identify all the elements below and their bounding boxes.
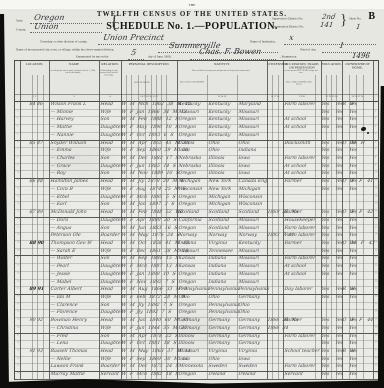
cell-pm: Germany — [238, 294, 260, 299]
cell-pm: Pennsylvania — [238, 286, 269, 291]
grid-line-minor — [356, 75, 357, 379]
cell-pf: Kentucky — [208, 101, 231, 106]
cell-pob: Nebraska — [178, 163, 201, 168]
cell-pm: Wisconsin — [238, 201, 262, 206]
cell-pm: Missouri — [238, 225, 259, 230]
cell-name: — Mabel — [50, 279, 72, 284]
grid-line-minor — [326, 75, 327, 379]
grid-line-minor — [32, 75, 33, 379]
cell-pob: Oregon — [178, 201, 196, 206]
cell-name: — Jessie — [50, 271, 70, 276]
column-group: RELATION.Relationship of each person to … — [99, 61, 121, 101]
cell-occ: At school — [284, 170, 306, 175]
grid-line-major — [20, 61, 21, 379]
cell-desc: W F Nov 1892 7 S — [121, 279, 175, 284]
cell-pob: Ohio — [178, 294, 190, 299]
cell-name: — Charles — [50, 155, 75, 160]
cell-pob: Oregon — [178, 170, 196, 175]
cell-pob: Illinois — [178, 140, 195, 145]
cell-rel: Wife — [100, 356, 111, 361]
row-number-right: 4 — [375, 125, 376, 127]
county-value: Union — [33, 22, 59, 31]
row-number-right: 6 — [375, 141, 376, 143]
row-number-left: 25 — [17, 287, 19, 289]
cell-pob: Michigan — [178, 178, 201, 183]
cell-occ: Farm laborer — [284, 225, 316, 230]
row-number-left: 18 — [17, 233, 19, 235]
cell-occ: At school — [284, 271, 306, 276]
left-brace: { — [110, 12, 119, 33]
cell-pm: Missouri — [238, 116, 259, 121]
cell-name: Hamilton James — [50, 178, 88, 183]
row-number-left: 12 — [17, 187, 19, 189]
cell-pob: Pennsylvania — [178, 286, 209, 291]
cell-occ: Farmer — [284, 240, 302, 245]
row-number-left: 2 — [17, 110, 18, 112]
row-number-left: 6 — [17, 141, 18, 143]
cell-pm: Ohio — [238, 140, 250, 145]
column-group-note: Relationship of each person to the head … — [99, 69, 121, 93]
cell-pm: Missouri — [238, 132, 259, 137]
cell-pf: Virginia — [208, 240, 227, 245]
cell-desc: W F Mch 1895 5 S — [121, 194, 176, 199]
cell-desc: W F Jun 1885 14 S — [121, 163, 176, 168]
cell-desc: W F Jly 1892 7 S — [121, 309, 171, 314]
cell-pm: Scotland — [238, 209, 259, 214]
row-number-left: 23 — [17, 272, 19, 274]
cell-name: McDonald John — [50, 209, 87, 214]
cell-pm: Virginia — [238, 348, 257, 353]
cell-rel: Daughter — [100, 124, 123, 129]
cell-pm: Missouri — [238, 124, 259, 129]
row-number-right: 7 — [375, 148, 376, 150]
row-number-right: 31 — [375, 334, 377, 336]
cell-pf: Illinois — [208, 155, 225, 160]
cell-name: Carter Albert — [50, 286, 82, 291]
cell-pm: Ireland — [238, 371, 256, 376]
cell-pob: Germany — [178, 325, 200, 330]
cell-pob: Oregon — [178, 271, 196, 276]
grid-line-minor — [126, 75, 127, 379]
cell-pm: Sweden — [238, 363, 257, 368]
cell-desc: W F Oct 1881 18 S — [121, 340, 177, 345]
grid-line-minor — [331, 75, 332, 379]
column-group: CITIZENSHIP.16 17 18 — [267, 61, 283, 101]
state-value: Oregon — [33, 13, 65, 22]
enumerated-label-2: day of June, 1900, — [148, 55, 171, 59]
cell-occ: At school — [284, 124, 306, 129]
row-number-right: 11 — [375, 179, 377, 181]
cell-rel: Boarder — [100, 363, 120, 368]
cell-rel: Wife — [100, 248, 111, 253]
cell-pf: Illinois — [208, 163, 225, 168]
row-number-left: 3 — [17, 117, 18, 119]
grid-line-major — [373, 61, 374, 379]
cell-name: — Christina — [50, 325, 78, 330]
row-number-right: 16 — [375, 218, 377, 220]
right-brace: } — [340, 12, 347, 29]
row-number-left: 7 — [17, 148, 18, 150]
column-group-label: CITIZENSHIP. — [267, 62, 283, 71]
cell-name: — Earl — [50, 201, 67, 206]
cell-desc: W F Jan 1890 10 S — [121, 271, 176, 276]
grid-line-minor — [138, 75, 139, 379]
nativity-sub-headers: Place of birth of this PERSON.Place of b… — [177, 81, 267, 94]
column-group: PERSONAL DESCRIPTION.DATE OF BIRTH.5 6 7… — [121, 61, 177, 101]
township-label: Township or other division of county, — [40, 40, 87, 44]
cell-pm: Maryland — [238, 101, 261, 106]
row-number-right: 10 — [375, 171, 377, 173]
cell-rel: Head — [100, 317, 113, 322]
cell-pm: Norway — [238, 232, 257, 237]
cell-rel: Head — [100, 178, 113, 183]
cell-pob: Illinois — [178, 333, 195, 338]
row-number-left: 17 — [17, 226, 19, 228]
cell-occ: Blacksmith — [284, 140, 311, 145]
table-row: 3636Murray MattieServantW F Mch 1882 18 … — [15, 371, 378, 380]
cell-name: — Minnie — [50, 109, 73, 114]
supervisor-value: 2nd — [321, 13, 336, 21]
row-number-right: 20 — [375, 249, 377, 251]
row-number-right: 25 — [375, 287, 377, 289]
cell-rel: Daughter — [100, 194, 123, 199]
cell-pob: Oregon — [178, 124, 196, 129]
cell-pm: Wisconsin — [238, 194, 262, 199]
table-header: LOCATION.1 2NAMEof each person whose pla… — [15, 61, 378, 102]
county-label: County, — [16, 28, 26, 32]
cell-rel: Son — [100, 302, 110, 307]
cell-name: — Fred — [50, 333, 68, 338]
cell-pob: Oregon — [178, 116, 196, 121]
column-group-label: LOCATION. — [20, 62, 49, 71]
cell-pf: Germany — [208, 325, 230, 330]
row-number-right: 33 — [375, 349, 377, 351]
cell-occ: At school — [284, 116, 306, 121]
row-number-left: 33 — [17, 349, 19, 351]
grid-line-minor — [145, 75, 146, 379]
row-number-right: 30 — [375, 326, 377, 328]
census-table: LOCATION.1 2NAMEof each person whose pla… — [14, 60, 379, 380]
ink-blot-small — [367, 132, 369, 134]
cell-pf: Indiana — [208, 263, 226, 268]
grid-line-minor — [237, 75, 238, 379]
cell-pm: Missouri — [238, 271, 259, 276]
cell-pf: Kentucky — [208, 109, 231, 114]
row-number-right: 36 — [375, 372, 377, 374]
cell-desc: W F May 1890 10 S — [121, 124, 178, 129]
cell-name: Murray Mattie — [50, 371, 85, 376]
scan-edge-bottom — [0, 379, 384, 388]
cell-pm: Indiana — [238, 147, 256, 152]
grid-line-major — [177, 61, 178, 379]
cell-pob: Indiana — [178, 240, 196, 245]
row-number-right: 9 — [375, 164, 376, 166]
city-label: Name of incorporated city, town, or vill… — [16, 48, 114, 52]
cell-pm: Missouri — [238, 217, 259, 222]
cell-pob: Germany — [178, 317, 200, 322]
cell-name: — Pearl — [50, 263, 69, 268]
row-number-left: 8 — [17, 156, 18, 158]
cell-rel: Daughter — [100, 340, 123, 345]
cell-rel: Daughter — [100, 271, 123, 276]
cell-pob: Iowa — [178, 356, 190, 361]
row-number-right: 26 — [375, 295, 377, 297]
cell-desc: W M Jun 1883 16 S — [121, 225, 178, 230]
row-number-right: 3 — [375, 117, 376, 119]
row-number-right: 35 — [375, 364, 377, 366]
cell-pm: Germany — [238, 340, 260, 345]
cell-pf: Ireland — [208, 371, 226, 376]
cell-rel: Son — [100, 225, 110, 230]
cell-pf: Germany — [208, 333, 230, 338]
cell-pf: Scotland — [208, 209, 229, 214]
cell-name: — Mattie — [50, 124, 72, 129]
row-number-left: 36 — [17, 372, 19, 374]
cell-name: — Ethel — [50, 194, 69, 199]
cell-pf: Pennsylvania — [208, 286, 239, 291]
cell-rel: Daughter — [100, 217, 123, 222]
cell-pf: Germany — [208, 317, 230, 322]
cell-rel: Head — [100, 209, 113, 214]
cell-rel: Wife — [100, 147, 111, 152]
cell-rel: Wife — [100, 186, 111, 191]
cell-pf: Sweden — [208, 363, 227, 368]
row-number-right: 21 — [375, 256, 377, 258]
table-body: 1184 86Wilson Frank LHeadW M Mch 1862 38… — [15, 101, 378, 379]
cell-pm: Iowa — [238, 356, 250, 361]
cell-name: Snyder William — [50, 140, 87, 145]
row-number-left: 26 — [17, 295, 19, 297]
cell-name: — Grace — [50, 163, 71, 168]
column-group-label: PERSONAL DESCRIPTION. — [121, 62, 177, 71]
cell-pf: Indiana — [208, 271, 226, 276]
cell-pm: Ohio — [238, 302, 250, 307]
cell-pf: Indiana — [208, 255, 226, 260]
institution-line — [284, 38, 376, 45]
enumerated-label-1: Enumerated by me on the — [76, 55, 108, 59]
row-number-left: 14 — [17, 202, 19, 204]
row-number-left: 29 — [17, 318, 19, 320]
cell-rel: Wife — [100, 325, 111, 330]
institution-value: x — [288, 33, 294, 42]
cell-rel: Head — [100, 286, 113, 291]
grid-line-major — [49, 61, 50, 379]
cell-rel: Head — [100, 101, 113, 106]
cell-pob: Oregon — [178, 309, 196, 314]
cell-name: — Ida M — [50, 294, 71, 299]
cell-rel: Head — [100, 348, 113, 353]
cell-desc: W M Feb 1888 12 S — [121, 116, 179, 121]
row-number-right: 28 — [375, 310, 377, 312]
cell-rel: Daughter — [100, 263, 123, 268]
row-number-right: 17 — [375, 226, 377, 228]
row-number-left: 21 — [17, 256, 19, 258]
grid-line-minor — [43, 75, 44, 379]
cell-pob: Scotland — [178, 209, 199, 214]
enumerator-name: Chas. F. Bowen — [198, 47, 262, 56]
grid-line-minor — [37, 75, 38, 379]
cell-rel: Servant — [100, 371, 119, 376]
cell-occ: At school — [284, 163, 306, 168]
cell-desc: W M Apr 1878 22 S — [121, 333, 178, 338]
cell-own: O F F 41 — [342, 178, 373, 183]
cell-pm: Canada Eng — [238, 178, 267, 183]
cell-pf: Kentucky — [208, 124, 231, 129]
row-number-left: 20 — [17, 249, 19, 251]
cell-name: — Angus — [50, 225, 71, 230]
cell-occ: Housekeeper — [284, 217, 316, 222]
cell-pm: Kentucky — [238, 240, 261, 245]
cell-name: — Cora B — [50, 186, 73, 191]
row-number-right: 5 — [375, 133, 376, 135]
cell-desc: W F Apr 1880 20 S — [121, 217, 177, 222]
cell-pm: Michigan — [238, 186, 261, 191]
cell-pob: Oregon — [178, 371, 196, 376]
row-number-right: 1 — [375, 102, 376, 104]
cell-name: — Harvey — [50, 116, 74, 121]
row-number-right: 27 — [375, 303, 377, 305]
form-top-word: THE — [96, 3, 288, 7]
cell-pf: Kentucky — [208, 132, 231, 137]
grid-line-major — [342, 61, 343, 379]
cell-pf: New York — [208, 186, 231, 191]
cell-pm: Iowa — [238, 170, 250, 175]
cell-name: Wilson Frank L — [50, 101, 86, 106]
column-group-label: OWNERSHIP OF HOME. — [342, 62, 373, 80]
cell-pf: Pennsylvania — [208, 302, 239, 307]
enumerated-label-3: , Enumerator. — [280, 55, 297, 59]
row-number-left: 15 — [17, 210, 19, 212]
cell-pm: Missouri — [238, 255, 259, 260]
cell-occ: Farmer — [284, 178, 302, 183]
cell-rel: Daughter — [100, 309, 123, 314]
cell-occ: Farm laborer — [284, 255, 316, 260]
cell-pob: Missouri — [178, 248, 199, 253]
cell-pob: Oregon — [178, 279, 196, 284]
cell-pf: Ohio — [208, 294, 220, 299]
cell-pf: New York — [208, 178, 231, 183]
cell-rel: Daughter — [100, 132, 123, 137]
row-number-left: 19 — [17, 241, 19, 243]
row-number-left: 35 — [17, 364, 19, 366]
cell-pf: Ohio — [208, 356, 220, 361]
cell-name: — Lena — [50, 340, 68, 345]
cell-pf: Indiana — [208, 279, 226, 284]
row-number-left: 32 — [17, 341, 19, 343]
row-number-right: 14 — [375, 202, 377, 204]
row-number-right: 12 — [375, 187, 377, 189]
row-number-right: 8 — [375, 156, 376, 158]
column-group-note: of each person whose place of abode on J… — [49, 69, 99, 85]
cell-occ: Farm laborer — [284, 155, 316, 160]
cell-pf: Scotland — [208, 217, 229, 222]
cell-pob: Missouri — [178, 348, 199, 353]
cell-pob: Kansas — [178, 255, 195, 260]
cell-pob: California — [178, 217, 202, 222]
cell-name: — Clarence — [50, 302, 78, 307]
cell-name: Peterson Ole — [50, 232, 81, 237]
cell-pm: Missouri — [238, 248, 259, 253]
cell-pf: Kentucky — [208, 116, 231, 121]
cell-pob: Kentucky — [178, 101, 201, 106]
row-number-left: 4 — [17, 125, 18, 127]
cell-pm: Germany — [238, 333, 260, 338]
cell-pm: Iowa — [238, 155, 250, 160]
cell-occ: At school — [284, 263, 306, 268]
supervisor-label: Supervisor's District No. — [272, 17, 303, 21]
grid-line-minor — [315, 75, 316, 379]
cell-pm: Missouri — [238, 279, 259, 284]
cell-rel: Son — [100, 333, 110, 338]
header-digits-line — [15, 94, 378, 95]
cell-rel: Son — [100, 116, 110, 121]
row-number-left: 27 — [17, 303, 19, 305]
district-value: 141 — [319, 21, 333, 29]
cell-occ: Servant — [284, 371, 303, 376]
page-stamp: 1496 — [351, 52, 370, 60]
cell-pob: Oregon — [178, 225, 196, 230]
cell-pf: Virginia — [208, 348, 227, 353]
cell-pob: Kansas — [178, 263, 195, 268]
row-number-left: 11 — [17, 179, 19, 181]
cell-pm: Germany — [238, 325, 260, 330]
cell-pf: Scotland — [208, 225, 229, 230]
township-value: Union Precinct — [102, 33, 164, 42]
grid-line-major — [283, 61, 284, 379]
cell-rel: Head — [100, 140, 113, 145]
grid-line-major — [99, 61, 100, 379]
row-number-right: 23 — [375, 272, 377, 274]
cell-occ: Farmer — [284, 317, 302, 322]
district-label: Enumeration District No. — [272, 25, 304, 29]
cell-own: O M F 43 — [342, 240, 375, 245]
grid-line-minor — [336, 75, 337, 379]
column-group: LOCATION.1 2 — [20, 61, 49, 101]
grid-line-minor — [156, 75, 157, 379]
row-number-right: 22 — [375, 264, 377, 266]
cell-pf: Tennessee — [208, 248, 233, 253]
cell-rel: Son — [100, 170, 110, 175]
grid-line-minor — [166, 75, 167, 379]
column-group: NATIVITY.Place of birth of each person a… — [177, 61, 267, 101]
row-number-left: 24 — [17, 280, 19, 282]
cell-pob: Iowa — [178, 147, 190, 152]
cell-pob: Minnesota — [178, 363, 203, 368]
cell-pf: Michigan — [208, 194, 231, 199]
cell-pf: Pennsylvania — [208, 309, 239, 314]
cell-name: Thompson Geo W — [50, 240, 92, 245]
row-number-left: 10 — [17, 171, 19, 173]
column-group-label: EDUCATION. — [321, 62, 342, 71]
cell-occ: Day laborer — [284, 286, 312, 291]
cell-name: — Walter — [50, 255, 72, 260]
cell-name: Lawson Frank — [50, 363, 84, 368]
row-number-left: 16 — [17, 218, 19, 220]
row-number-right: 18 — [375, 233, 377, 235]
row-number-right: 13 — [375, 195, 377, 197]
cell-name: — Emma — [50, 147, 72, 152]
grid-line-minor — [207, 75, 208, 379]
cell-pf: Germany — [208, 340, 230, 345]
cell-pf: Ohio — [208, 140, 220, 145]
cell-name: — Nellie — [50, 356, 71, 361]
cell-pob: Illinois — [178, 340, 195, 345]
sheet-label: Sheet No. — [349, 17, 361, 21]
row-number-right: 24 — [375, 280, 377, 282]
cell-pob: Oregon — [178, 302, 196, 307]
cell-occ: Farm laborer — [284, 101, 316, 106]
grid-line-major — [121, 61, 122, 379]
